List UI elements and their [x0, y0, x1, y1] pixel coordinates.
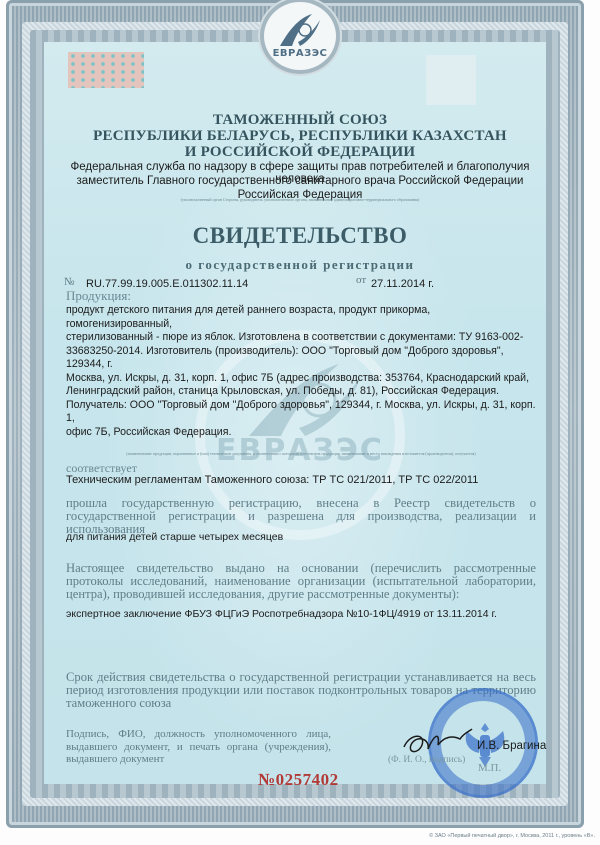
certificate-title: СВИДЕТЕЛЬСТВО — [60, 223, 540, 249]
conformity-value: Техническим регламентам Таможенного союз… — [66, 474, 478, 486]
fio-caption: (Ф. И. О., подпись) — [388, 755, 465, 765]
registration-date: 27.11.2014 г. — [371, 278, 434, 290]
agency-caption: (уполномоченный орган Стороны, руководит… — [60, 197, 540, 202]
signature-icon — [400, 725, 480, 759]
signer-name: И.В. Брагина — [477, 740, 546, 752]
products-line: офис 7Б, Российская Федерация. — [66, 426, 536, 440]
seal-place-label: М.П. — [478, 762, 501, 774]
products-line: 33683250-2014. Изготовитель (производите… — [66, 345, 536, 372]
number-sign: № — [64, 276, 75, 288]
products-label: Продукция: — [66, 288, 131, 304]
products-line: продукт детского питания для детей ранне… — [66, 304, 536, 331]
agency-line-2: заместитель Главного государственного са… — [55, 175, 545, 187]
products-description: продукт детского питания для детей ранне… — [66, 304, 536, 439]
products-line: Ленинградский район, станица Крыловская,… — [66, 385, 536, 399]
certificate-subtitle: о государственной регистрации — [60, 257, 540, 273]
printer-note: © ЗАО «Первый печатный двор», г. Москва,… — [380, 833, 595, 839]
products-line: Получатель: ООО "Торговый дом "Доброго з… — [66, 399, 536, 426]
security-pattern — [68, 52, 144, 88]
registration-usage: для питания детей старше четырех месяцев — [66, 531, 283, 543]
union-title-line-3: И РОССИЙСКОЙ ФЕДЕРАЦИИ — [60, 144, 540, 161]
products-line: стерилизованный - пюре из яблок. Изготов… — [66, 331, 536, 345]
date-label: от — [356, 274, 366, 286]
evrazes-logo: ЕВРАЗЭС — [252, 2, 348, 72]
union-title-line-1: ТАМОЖЕННЫЙ СОЮЗ — [60, 112, 540, 129]
hologram-panel — [426, 55, 476, 105]
logo-text: ЕВРАЗЭС — [252, 48, 348, 59]
products-line: Москва, ул. Искры, д. 31, корп. 1, офис … — [66, 372, 536, 386]
swoosh-icon — [278, 12, 322, 48]
form-number: №0257402 — [258, 770, 339, 790]
basis-text: Настоящее свидетельство выдано на основа… — [66, 562, 536, 601]
products-caption: (наименование продукции, нормативные и (… — [58, 451, 544, 456]
signature-caption: Подпись, ФИО, должность уполномоченного … — [66, 728, 331, 766]
basis-value: экспертное заключение ФБУЗ ФЦГиЭ Роспотр… — [66, 608, 497, 620]
union-title-line-2: РЕСПУБЛИКИ БЕЛАРУСЬ, РЕСПУБЛИКИ КАЗАХСТА… — [60, 128, 540, 145]
